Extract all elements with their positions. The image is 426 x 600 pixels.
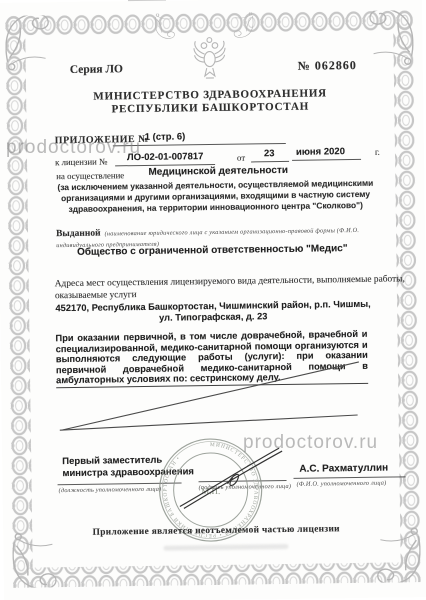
license-document-page: Серия ЛО № 062860 МИНИСТЕРСТВО ЗДРАВООХР…: [0, 0, 426, 600]
scanned-license-screenshot: { "colors": { "ink": "#2a2a2a", "border"…: [0, 0, 426, 600]
signature-stroke: [0, 0, 426, 600]
watermark-top-left: prodoctorov.ru: [6, 137, 141, 159]
watermark-bottom-right: prodoctorov.ru: [243, 432, 378, 454]
